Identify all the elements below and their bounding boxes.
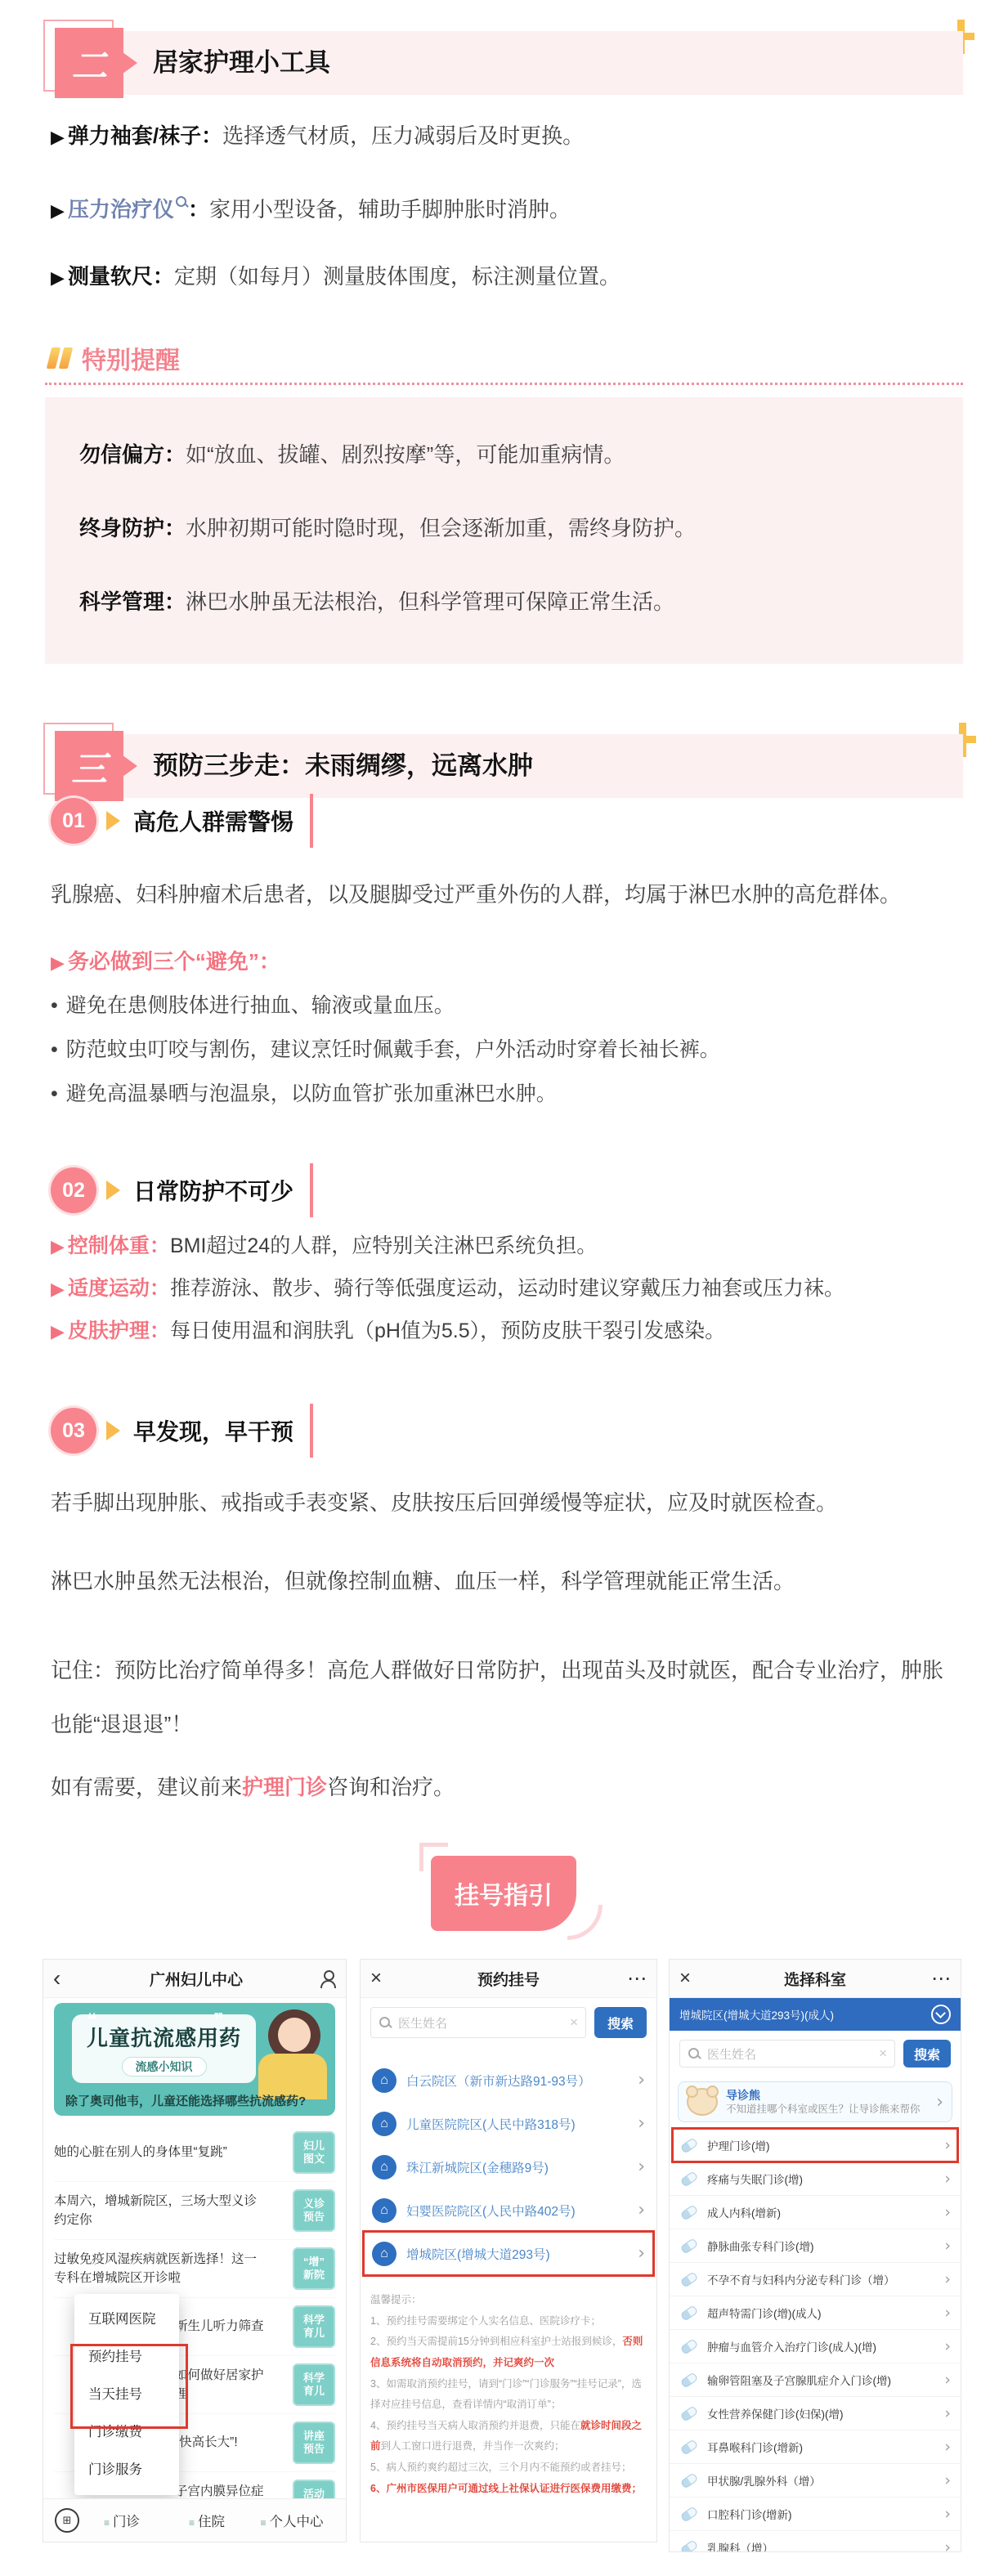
step1-paragraph: 乳腺癌、妇科肿瘤术后患者，以及腿脚受过严重外伤的人群，均属于淋巴水肿的高危群体。: [51, 880, 963, 909]
colon: ：: [188, 197, 209, 222]
search-button[interactable]: 搜索: [594, 2007, 647, 2038]
dept-row[interactable]: 耳鼻喉科门诊(增新)›: [670, 2430, 961, 2464]
chevron-right-icon: ›: [944, 2471, 951, 2489]
back-icon[interactable]: ‹: [53, 1970, 73, 1987]
badge-number: 三: [71, 740, 107, 792]
section-header-prevention: 三 预防三步走：未雨绸缪，远离水肿: [53, 734, 963, 798]
reminder-text: 淋巴水肿虽无法根治，但科学管理可保障正常生活。: [186, 589, 674, 614]
notes-title: 温馨提示：: [370, 2290, 647, 2311]
phone3-title: 选择科室: [699, 1968, 931, 1990]
bear-icon: [687, 2088, 718, 2116]
hospital-icon: ⌂: [372, 2155, 396, 2180]
dept-row[interactable]: 静脉曲张专科门诊(增)›: [670, 2229, 961, 2263]
tab-icon: ≡: [260, 2517, 266, 2529]
article-tag: 科学育儿: [293, 2305, 335, 2348]
avoid-bullet: •避免高温暴晒与泡温泉，以防血管扩张加重淋巴水肿。: [51, 1079, 963, 1109]
step-title: 早发现，早干预: [133, 1414, 293, 1447]
search-button[interactable]: 搜索: [903, 2040, 951, 2068]
phone1-tabbar: ⊞ ≡门诊 ≡住院 ≡个人中心: [43, 2498, 346, 2542]
section-title: 居家护理小工具: [153, 31, 963, 95]
chevron-right-icon: ›: [638, 2113, 645, 2134]
phone-screenshot-departments: × 选择科室 ⋯ 增城院区(增城大道293号)(成人) 医生姓名 × 搜索 导诊…: [669, 1959, 961, 2552]
note-line: 5、病人预约爽约超过三次，三个月内不能预约或者挂号；: [370, 2457, 647, 2479]
search-input[interactable]: 医生姓名 ×: [679, 2040, 895, 2068]
dept-row[interactable]: 不孕不育与妇科内分泌专科门诊（增）›: [670, 2263, 961, 2296]
article-tag: 讲座预告: [293, 2421, 335, 2464]
article-tag: 妇儿图文: [293, 2131, 335, 2174]
dept-name: 成人内科(增新): [707, 2204, 781, 2220]
keypad-icon[interactable]: ⊞: [55, 2508, 79, 2533]
search-placeholder: 医生姓名: [707, 2045, 874, 2063]
quote-icon: [49, 347, 74, 369]
campus-bar[interactable]: 增城院区(增城大道293号)(成人): [670, 1998, 961, 2031]
dotted-divider: [45, 383, 963, 385]
chevron-right-icon: ›: [638, 2200, 645, 2220]
search-input[interactable]: 医生姓名 ×: [370, 2007, 586, 2038]
pill-icon: [680, 2506, 699, 2522]
vertical-bar-deco: [310, 1163, 313, 1217]
daily-bullet: ▶皮肤护理：每日使用温和润肤乳（pH值为5.5），预防皮肤干裂引发感染。: [51, 1316, 963, 1346]
dept-row[interactable]: 疼痛与失眠门诊(增)›: [670, 2162, 961, 2196]
article-row[interactable]: 过敏免疫风湿疾病就医新选择！这一专科在增城院区开诊啦 “增”新院: [54, 2240, 335, 2298]
dept-row[interactable]: 女性营养保健门诊(妇保)(增)›: [670, 2397, 961, 2430]
dept-name: 女性营养保健门诊(妇保)(增): [707, 2405, 843, 2421]
hospital-row-zengcheng[interactable]: ⌂ 增城院区(增城大道293号) ›: [361, 2232, 656, 2275]
hospital-icon: ⌂: [372, 2198, 396, 2223]
triangle-yellow-icon: [106, 811, 120, 831]
close-icon[interactable]: ×: [679, 1967, 699, 1990]
search-icon: [379, 2016, 392, 2029]
chevron-right-icon: ›: [638, 2243, 645, 2264]
article-tag: “增”新院: [293, 2247, 335, 2290]
dept-name: 肿瘤与血管介入治疗门诊(成人)(增): [707, 2338, 876, 2354]
note-line: 4、预约挂号当天病人取消预约并退费，只能在就诊时间段之前到人工窗口进行退费，并当…: [370, 2416, 647, 2457]
chevron-right-icon: ›: [944, 2237, 951, 2255]
hospital-row[interactable]: ⌂ 珠江新城院区(金穗路9号) ›: [361, 2145, 656, 2188]
hospital-icon: ⌂: [372, 2068, 396, 2093]
special-reminder-heading: 特别提醒: [49, 340, 180, 376]
dept-name: 不孕不育与妇科内分泌专科门诊（增）: [707, 2271, 895, 2287]
lead-text: 务必做到三个“避免”：: [68, 949, 280, 974]
more-icon[interactable]: ⋯: [931, 1967, 951, 1991]
dept-row[interactable]: 乳腺科（增）›: [670, 2531, 961, 2552]
step3-paragraph: 记住：预防比治疗简单得多！高危人群做好日常防护，出现苗头及时就医，配合专业治疗，…: [51, 1643, 963, 1751]
reminder-item: 终身防护：水肿初期可能时隐时现，但会逐渐加重，需终身防护。: [79, 513, 929, 543]
nursing-clinic-link[interactable]: 护理门诊: [242, 1775, 327, 1799]
chevron-right-icon: ›: [944, 2203, 951, 2221]
dept-name: 护理门诊(增): [707, 2137, 770, 2153]
pill-icon: [680, 2204, 699, 2220]
pill-icon: [680, 2137, 699, 2153]
bullet-text: 选择透气材质，压力减弱后及时更换。: [222, 123, 584, 148]
highlight-red-box: [70, 2344, 188, 2429]
triangle-bullet-icon: ▶: [51, 1236, 65, 1257]
reminder-item: 勿信偏方：如“放血、拔罐、剧烈按摩”等，可能加重病情。: [79, 440, 929, 469]
dept-row[interactable]: 口腔科门诊(增新)›: [670, 2498, 961, 2531]
hospital-name: 珠江新城院区(金穗路9号): [406, 2158, 549, 2176]
dot-bullet-icon: •: [51, 1038, 58, 1061]
step-number-badge: 03: [51, 1408, 96, 1454]
triangle-bullet-icon: ▶: [51, 952, 65, 973]
dept-name: 口腔科门诊(增新): [707, 2506, 792, 2522]
triangle-bullet-icon: ▶: [51, 1279, 65, 1299]
closing-pre: 如有需要，建议前来: [51, 1775, 242, 1799]
hospital-name: 白云院区（新市新达路91-93号）: [406, 2072, 591, 2090]
bullet-text: 防范蚊虫叮咬与割伤，建议烹饪时佩戴手套，户外活动时穿着长袖长裤。: [66, 1038, 720, 1061]
bullet-text: 避免高温暴晒与泡温泉，以防血管扩张加重淋巴水肿。: [66, 1082, 557, 1105]
bullet-text: BMI超过24的人群，应特别关注淋巴系统负担。: [170, 1234, 597, 1257]
tab-inpatient[interactable]: ≡住院: [164, 2511, 249, 2530]
booking-notes: 温馨提示： 1、预约挂号需要绑定个人实名信息、医院诊疗卡； 2、预约当天需提前1…: [370, 2290, 647, 2499]
dept-row-nursing[interactable]: 护理门诊(增) ›: [670, 2129, 961, 2162]
pressure-device-link[interactable]: 压力治疗仪: [68, 197, 174, 222]
chevron-right-icon: ›: [944, 2270, 951, 2288]
reminder-label: 终身防护：: [79, 516, 186, 540]
badge-number: 二: [71, 37, 107, 89]
bullet-tape-measure: ▶测量软尺：定期（如每月）测量肢体围度，标注测量位置。: [51, 262, 963, 293]
guide-title: 导诊熊: [726, 2088, 921, 2103]
hospital-name: 妇婴医院院区(人民中路402号): [406, 2202, 576, 2220]
step3-paragraph: 若手脚出现肿胀、戒指或手表变紧、皮肤按压后回弹缓慢等症状，应及时就医检查。: [51, 1488, 963, 1517]
tab-icon: ≡: [104, 2517, 110, 2529]
pill-icon: [680, 2539, 699, 2552]
reminder-box: 勿信偏方：如“放血、拔罐、剧烈按摩”等，可能加重病情。 终身防护：水肿初期可能时…: [45, 397, 963, 664]
search-row: 医生姓名 × 搜索: [361, 1998, 656, 2045]
dept-row[interactable]: 肿瘤与血管介入治疗门诊(成人)(增)›: [670, 2330, 961, 2363]
triangle-bullet-icon: ▶: [51, 200, 65, 221]
pill-icon: [680, 2372, 699, 2388]
article-title: 如何做好居家护理: [175, 2366, 265, 2404]
tab-personal-center[interactable]: ≡个人中心: [249, 2511, 334, 2530]
chevron-down-circle-icon[interactable]: [931, 2005, 951, 2024]
pill-icon: [680, 2171, 699, 2187]
step3-heading: 03 早发现，早干预: [51, 1404, 313, 1457]
phone2-header: × 预约挂号 ⋯: [361, 1960, 656, 1998]
hospital-row[interactable]: ⌂ 妇婴医院院区(人民中路402号) ›: [361, 2188, 656, 2232]
chevron-right-icon: ›: [944, 2136, 951, 2154]
bullet-label: 适度运动：: [68, 1277, 170, 1300]
pill-icon: [680, 2472, 699, 2489]
chevron-right-icon: ›: [944, 2438, 951, 2456]
step-number-badge: 02: [51, 1167, 96, 1213]
dept-row[interactable]: 输卵管阻塞及子宫腺肌症介入门诊(增)›: [670, 2363, 961, 2397]
reminder-label: 科学管理：: [79, 589, 186, 614]
article-title: 过敏免疫风湿疾病就医新选择！这一专科在增城院区开诊啦: [54, 2250, 263, 2288]
chevron-right-icon: ›: [638, 2157, 645, 2177]
menu-item-internet-hospital[interactable]: 互联网医院: [74, 2300, 179, 2338]
hospital-icon: ⌂: [372, 2112, 396, 2136]
note-line: 1、预约挂号需要绑定个人实名信息、医院诊疗卡；: [370, 2311, 647, 2332]
step1-heading: 01 高危人群需警惕: [51, 795, 313, 847]
step-number-badge: 01: [51, 798, 96, 844]
closing-line: 如有需要，建议前来护理门诊咨询和治疗。: [51, 1772, 963, 1802]
article-title: 她的心脏在别人的身体里“复跳”: [54, 2143, 263, 2162]
dept-name: 疼痛与失眠门诊(增): [707, 2171, 803, 2187]
vertical-bar-deco: [310, 1404, 313, 1458]
hospital-name: 儿童医院院区(人民中路318号): [406, 2115, 576, 2133]
clear-icon[interactable]: ×: [570, 2014, 578, 2031]
daily-bullet: ▶控制体重：BMI超过24的人群，应特别关注淋巴系统负担。: [51, 1231, 963, 1261]
tab-icon: ≡: [189, 2517, 195, 2529]
dot-bullet-icon: •: [51, 994, 58, 1017]
search-sup-icon[interactable]: [176, 196, 188, 208]
bullet-text: 家用小型设备，辅助手脚肿胀时消肿。: [209, 197, 571, 222]
bullet-sleeve: ▶弹力袖套/袜子：选择透气材质，压力减弱后及时更换。: [51, 121, 963, 152]
search-icon: [688, 2047, 701, 2060]
campus-name: 增城院区(增城大道293号)(成人): [679, 2006, 834, 2023]
flu-banner[interactable]: ❝ ❞ 儿童抗流感用药 流感小知识 除了奥司他韦，儿童还能选择哪些抗流感药?: [54, 2003, 335, 2116]
bullet-text: 定期（如每月）测量肢体围度，标注测量位置。: [174, 264, 620, 289]
guide-bear-banner[interactable]: 导诊熊 不知道挂哪个科室或医生？让导诊熊来帮你 ›: [678, 2081, 952, 2122]
bullet-pressure-device: ▶压力治疗仪：家用小型设备，辅助手脚肿胀时消肿。: [51, 195, 963, 226]
dept-row[interactable]: 超声特需门诊(增)(成人)›: [670, 2296, 961, 2330]
triangle-bullet-icon: ▶: [51, 1321, 65, 1342]
daily-bullet: ▶适度运动：推荐游泳、散步、骑行等低强度运动，运动时建议穿戴压力袖套或压力袜。: [51, 1274, 963, 1304]
dept-name: 耳鼻喉科门诊(增新): [707, 2439, 803, 2455]
pill-icon: [680, 2238, 699, 2254]
note-line: 6、广州市医保用户可通过线上社保认证进行医保费用缴费；: [370, 2479, 647, 2500]
pill-icon: [680, 2338, 699, 2354]
banner-subtitle: 除了奥司他韦，儿童还能选择哪些抗流感药?: [65, 2092, 306, 2109]
registration-guide-button[interactable]: 挂号指引: [431, 1856, 576, 1931]
phone3-header: × 选择科室 ⋯: [670, 1960, 961, 1998]
note-line: 2、预约当天需提前15分钟到相应科室护士站报到候诊，否则信息系统将自动取消预约，…: [370, 2332, 647, 2373]
tab-outpatient[interactable]: ≡门诊: [79, 2511, 164, 2530]
reminder-item: 科学管理：淋巴水肿虽无法根治，但科学管理可保障正常生活。: [79, 587, 929, 616]
pill-icon: [680, 2439, 699, 2455]
avoid-bullet: •避免在患侧肢体进行抽血、输液或量血压。: [51, 991, 963, 1020]
article-tag: 义诊预告: [293, 2189, 335, 2232]
phone-screenshot-booking: × 预约挂号 ⋯ 医生姓名 × 搜索 ⌂ 白云院区（新市新达路91-93号） ›…: [360, 1959, 657, 2542]
step-title: 日常防护不可少: [133, 1174, 293, 1207]
chevron-right-icon: ›: [936, 2092, 943, 2112]
hospital-row[interactable]: ⌂ 儿童医院院区(人民中路318号) ›: [361, 2102, 656, 2145]
section-header-home-care: 二 居家护理小工具: [53, 31, 963, 95]
bullet-label: 控制体重：: [68, 1234, 170, 1257]
chevron-right-icon: ›: [944, 2538, 951, 2552]
banner-title: 儿童抗流感用药: [87, 2022, 241, 2052]
bullet-label: 弹力袖套/袜子：: [68, 123, 222, 148]
dept-row[interactable]: 成人内科(增新)›: [670, 2196, 961, 2229]
dot-bullet-icon: •: [51, 1082, 58, 1105]
phone1-title: 广州妇儿中心: [73, 1968, 320, 1990]
step3-paragraph: 淋巴水肿虽然无法根治，但就像控制血糖、血压一样，科学管理就能正常生活。: [51, 1566, 963, 1596]
hospital-icon: ⌂: [372, 2242, 396, 2266]
dept-row[interactable]: 甲状腺/乳腺外科（增）›: [670, 2464, 961, 2498]
bullet-label: 测量软尺：: [68, 264, 174, 289]
bullet-label: 皮肤护理：: [68, 1319, 170, 1342]
clear-icon[interactable]: ×: [879, 2045, 887, 2062]
special-reminder-title: 特别提醒: [82, 340, 180, 376]
dept-name: 超声特需门诊(增)(成人): [707, 2305, 821, 2321]
phone-screenshot-app-home: ‹ 广州妇儿中心 ❝ ❞ 儿童抗流感用药 流感小知识 除了奥司他韦，儿童还能选择…: [43, 1959, 347, 2542]
corner-arc-deco: [567, 1905, 603, 1940]
article-tag: 科学育儿: [293, 2363, 335, 2406]
banner-card: 儿童抗流感用药 流感小知识: [72, 2014, 256, 2083]
person-icon[interactable]: [320, 1970, 336, 1987]
illustration-woman-face: [278, 2018, 311, 2052]
hospital-row[interactable]: ⌂ 白云院区（新市新达路91-93号） ›: [361, 2059, 656, 2102]
close-icon[interactable]: ×: [370, 1967, 390, 1990]
article-title: 新生儿听力筛查: [175, 2317, 265, 2336]
hospital-name: 增城院区(增城大道293号): [406, 2245, 550, 2263]
step2-heading: 02 日常防护不可少: [51, 1164, 313, 1216]
reminder-text: 水肿初期可能时隐时现，但会逐渐加重，需终身防护。: [186, 516, 696, 540]
chevron-right-icon: ›: [944, 2304, 951, 2322]
avoid-bullet: •防范蚊虫叮咬与割伤，建议烹饪时佩戴手套，户外活动时穿着长袖长裤。: [51, 1035, 963, 1064]
dept-name: 乳腺科（增）: [707, 2539, 773, 2552]
reminder-label: 勿信偏方：: [79, 442, 186, 467]
bullet-text: 避免在患侧肢体进行抽血、输液或量血压。: [66, 994, 455, 1017]
vertical-bar-deco: [310, 794, 313, 848]
article-title: “快高长大”!: [175, 2433, 265, 2452]
dept-name: 输卵管阻塞及子宫腺肌症介入门诊(增): [707, 2372, 891, 2388]
article-row[interactable]: 本周六，增城新院区，三场大型义诊约定你 义诊预告: [54, 2182, 335, 2240]
article-row[interactable]: 她的心脏在别人的身体里“复跳” 妇儿图文: [54, 2124, 335, 2182]
bullet-text: 推荐游泳、散步、骑行等低强度运动，运动时建议穿戴压力袖套或压力袜。: [170, 1277, 844, 1300]
triangle-bullet-icon: ▶: [51, 267, 65, 288]
dept-name: 甲状腺/乳腺外科（增）: [707, 2472, 821, 2489]
menu-item-outpatient-service[interactable]: 门诊服务: [74, 2451, 179, 2489]
pill-icon: [680, 2405, 699, 2421]
triangle-yellow-icon: [106, 1180, 120, 1200]
pill-icon: [680, 2305, 699, 2321]
search-row: 医生姓名 × 搜索: [670, 2031, 961, 2075]
bullet-text: 每日使用温和润肤乳（pH值为5.5），预防皮肤干裂引发感染。: [170, 1319, 725, 1342]
chevron-right-icon: ›: [944, 2404, 951, 2422]
guide-subtitle: 不知道挂哪个科室或医生？让导诊熊来帮你: [726, 2103, 921, 2116]
reminder-text: 如“放血、拔罐、剧烈按摩”等，可能加重病情。: [186, 442, 625, 467]
dept-name: 静脉曲张专科门诊(增): [707, 2238, 814, 2254]
triangle-yellow-icon: [106, 1421, 120, 1440]
section-title: 预防三步走：未雨绸缪，远离水肿: [153, 734, 963, 798]
phone1-header: ‹ 广州妇儿中心: [43, 1960, 346, 1998]
section-badge: 二: [55, 28, 123, 98]
more-icon[interactable]: ⋯: [627, 1967, 647, 1991]
chevron-right-icon: ›: [944, 2505, 951, 2523]
chevron-right-icon: ›: [944, 2170, 951, 2188]
note-line: 3、如需取消预约挂号，请到“门诊”“门诊服务”“挂号记录”，选择对应挂号信息，查…: [370, 2374, 647, 2416]
chevron-right-icon: ›: [944, 2337, 951, 2355]
step1-lead: ▶务必做到三个“避免”：: [51, 947, 963, 978]
closing-post: 咨询和治疗。: [327, 1775, 455, 1799]
section-badge: 三: [55, 731, 123, 801]
step-title: 高危人群需警惕: [133, 804, 293, 837]
pill-icon: [680, 2271, 699, 2287]
search-placeholder: 医生姓名: [398, 2014, 565, 2032]
banner-pill: 流感小知识: [122, 2057, 207, 2076]
article-title: 本周六，增城新院区，三场大型义诊约定你: [54, 2192, 263, 2230]
chevron-right-icon: ›: [944, 2371, 951, 2389]
chevron-right-icon: ›: [638, 2070, 645, 2090]
triangle-bullet-icon: ▶: [51, 127, 65, 147]
phone2-title: 预约挂号: [390, 1968, 627, 1990]
